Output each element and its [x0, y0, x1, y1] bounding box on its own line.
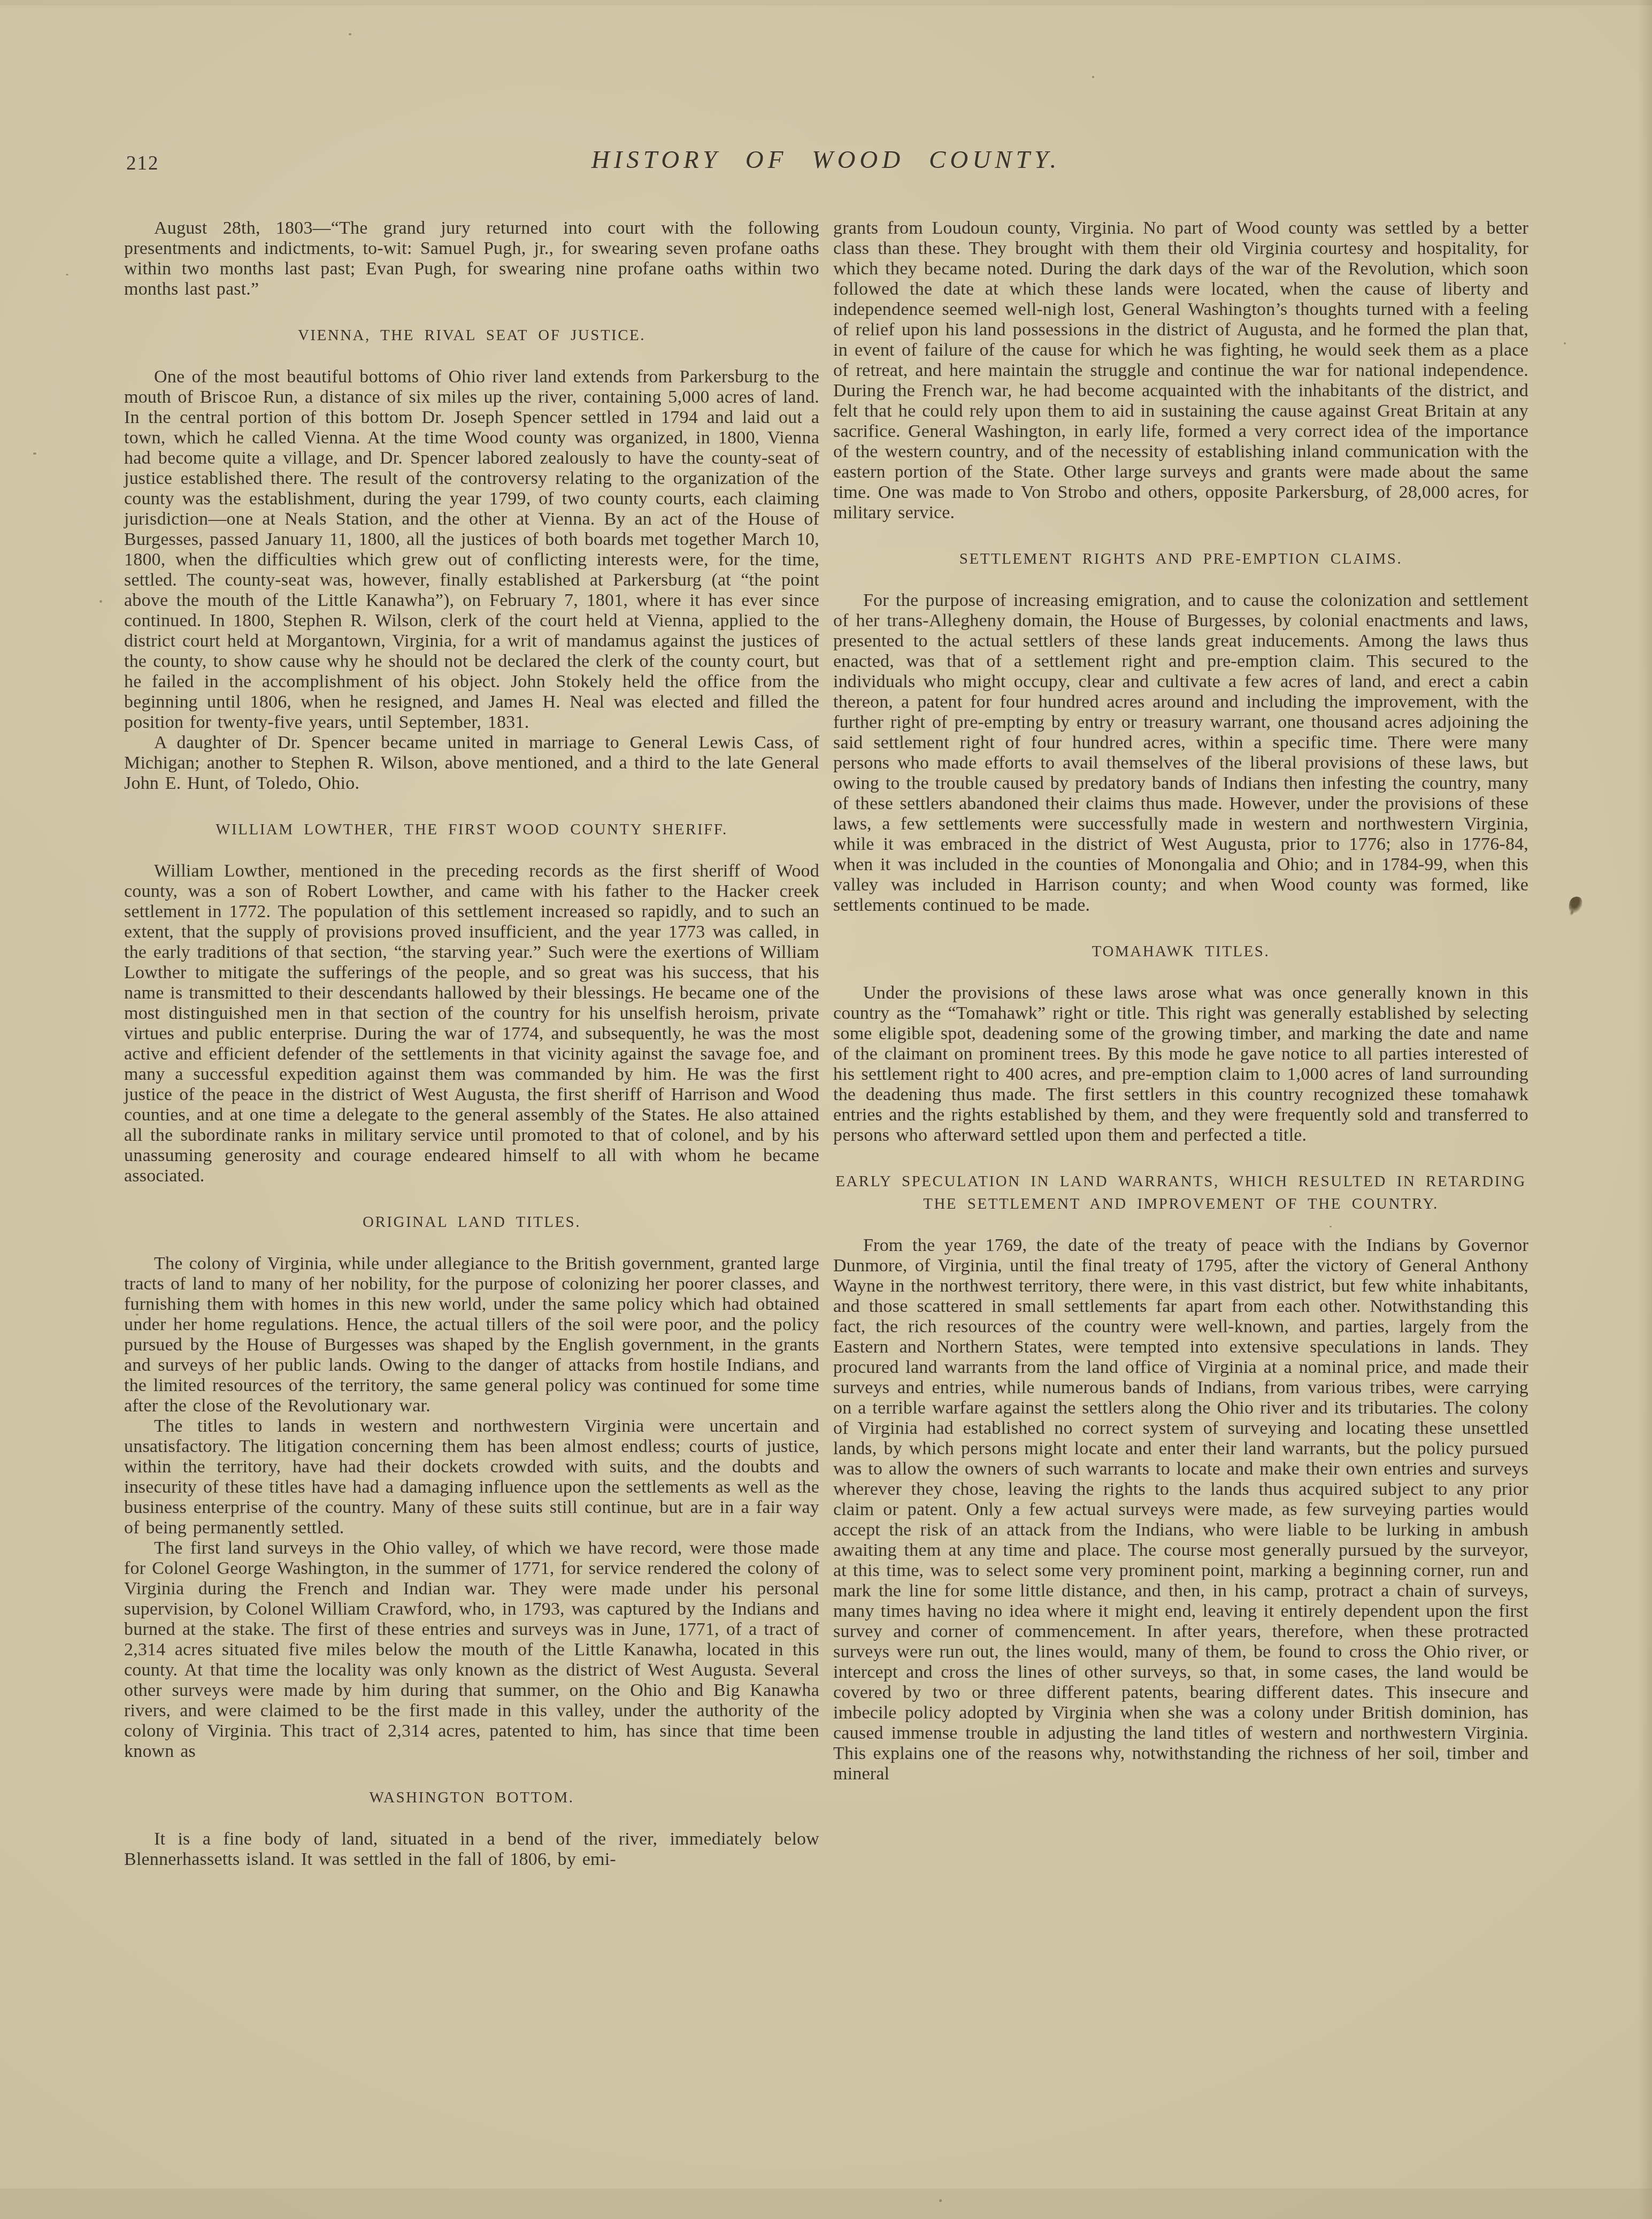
- section-heading: SETTLEMENT RIGHTS AND PRE-EMPTION CLAIMS…: [833, 548, 1528, 570]
- paper-speck: [1330, 1226, 1332, 1227]
- body-paragraph: A daughter of Dr. Spencer became united …: [124, 733, 819, 794]
- section-heading: WILLIAM LOWTHER, THE FIRST WOOD COUNTY S…: [124, 818, 819, 841]
- paper-speck: [33, 452, 36, 455]
- running-title: HISTORY OF WOOD COUNTY.: [0, 145, 1652, 174]
- text-columns: August 28th, 1803—“The grand jury return…: [124, 218, 1528, 1870]
- page-edge-shadow-bottom: [0, 2189, 1652, 2219]
- body-paragraph: August 28th, 1803—“The grand jury return…: [124, 218, 819, 300]
- body-paragraph: William Lowther, mentioned in the preced…: [124, 861, 819, 1186]
- body-paragraph: The first land surveys in the Ohio valle…: [124, 1538, 819, 1762]
- ink-blot: [1567, 895, 1585, 915]
- page-edge-shadow-right: [1638, 0, 1652, 2219]
- paper-speck: [1395, 1646, 1397, 1648]
- paper-speck: [1092, 76, 1094, 78]
- paper-speck: [99, 600, 102, 603]
- section-heading: WASHINGTON BOTTOM.: [124, 1786, 819, 1809]
- section-heading: VIENNA, THE RIVAL SEAT OF JUSTICE.: [124, 324, 819, 347]
- body-paragraph: From the year 1769, the date of the trea…: [833, 1235, 1528, 1784]
- section-heading: TOMAHAWK TITLES.: [833, 940, 1528, 963]
- book-page: 212 HISTORY OF WOOD COUNTY. August 28th,…: [0, 0, 1652, 2219]
- body-paragraph: It is a fine body of land, situated in a…: [124, 1829, 819, 1870]
- paper-speck: [136, 1314, 139, 1316]
- page-edge-shadow-top: [0, 0, 1652, 5]
- paper-speck: [939, 2199, 942, 2202]
- text-column-left: August 28th, 1803—“The grand jury return…: [124, 218, 819, 1870]
- paper-speck: [1564, 342, 1566, 344]
- body-paragraph: Under the provisions of these laws arose…: [833, 983, 1528, 1146]
- section-heading: EARLY SPECULATION IN LAND WARRANTS, WHIC…: [833, 1170, 1528, 1215]
- section-heading: ORIGINAL LAND TITLES.: [124, 1211, 819, 1233]
- body-paragraph: For the purpose of increasing emigration…: [833, 590, 1528, 916]
- paper-speck: [66, 274, 68, 275]
- body-paragraph: grants from Loudoun county, Virginia. No…: [833, 218, 1528, 523]
- body-paragraph: The colony of Virginia, while under alle…: [124, 1254, 819, 1416]
- paper-speck: [349, 33, 351, 35]
- body-paragraph: One of the most beautiful bottoms of Ohi…: [124, 367, 819, 733]
- body-paragraph: The titles to lands in western and north…: [124, 1416, 819, 1538]
- text-column-right: grants from Loudoun county, Virginia. No…: [833, 218, 1528, 1870]
